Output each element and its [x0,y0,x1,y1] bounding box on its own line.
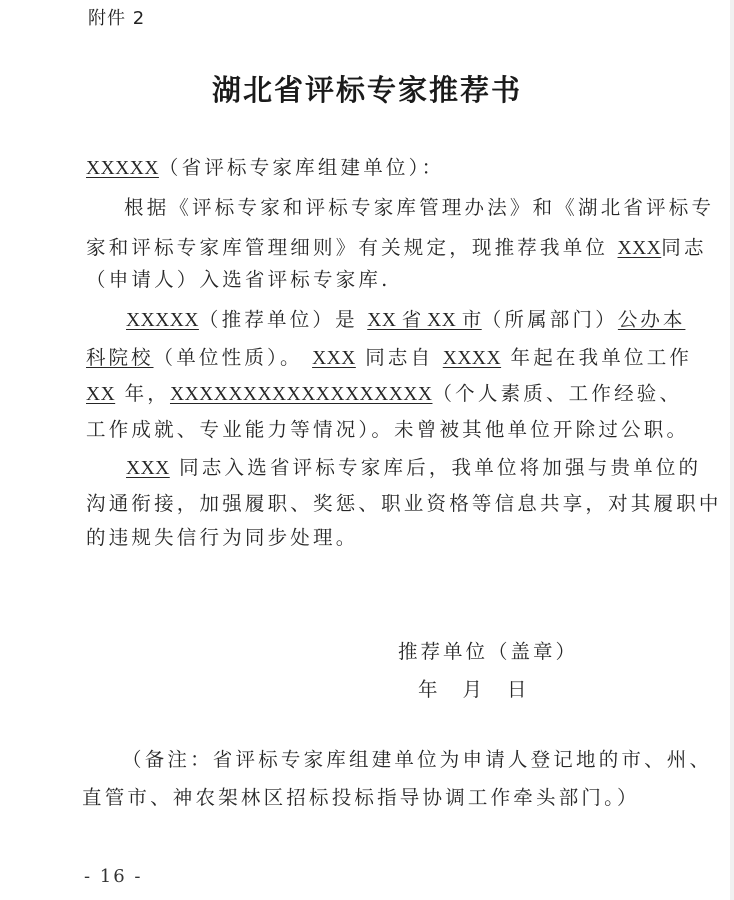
paragraph2-line2: 科院校（单位性质）。 XXX 同志自 XXXX 年起在我单位工作 [86,342,692,370]
paragraph1-line1: 根据《评标专家和评标专家库管理办法》和《湖北省评标专 [124,192,714,220]
paragraph2-line3: XX 年，XXXXXXXXXXXXXXXXXX（个人素质、工作经验、 [86,378,682,406]
details-placeholder: XXXXXXXXXXXXXXXXXX [170,384,432,405]
recipient-note: （省评标专家库组建单位）： [159,156,444,179]
document-title: 湖北省评标专家推荐书 [0,68,734,109]
text: 同志 [661,236,706,259]
signature-date: 年月日 [418,674,530,702]
recommending-unit-placeholder: XXXXX [126,310,199,331]
text: （单位性质）。 [154,346,303,369]
applicant-name-placeholder: XXX [312,348,356,369]
paragraph1-line3: （申请人）入选省评标专家库. [86,264,391,292]
recipient-placeholder: XXXXX [86,158,159,179]
page-number: - 16 - [84,866,143,887]
years-placeholder: XX [86,384,115,405]
year-label: 年 [418,678,441,701]
attachment-label: 附件 2 [88,4,145,30]
unit-nature-b: 科院校 [86,346,154,369]
unit-nature-a: 公办本 [618,308,686,331]
text: 同志入选省评标专家库后，我单位将加强与贵单位的 [179,456,701,479]
note-line1: （备注：省评标专家库组建单位为申请人登记地的市、州、 [122,744,712,772]
text: 家和评标专家库管理细则》有关规定，现推荐我单位 [86,236,608,259]
paragraph3-line1: XXX 同志入选省评标专家库后，我单位将加强与贵单位的 [126,452,701,480]
location-placeholder: XX 省 XX 市 [367,310,481,331]
applicant-name-placeholder: XXX [618,238,662,259]
applicant-name-placeholder: XXX [126,458,170,479]
paragraph2-line1: XXXXX（推荐单位）是 XX 省 XX 市（所属部门）公办本 [126,304,685,332]
note-line2: 直管市、神农架林区招标投标指导协调工作牵头部门。） [82,782,640,810]
salutation: XXXXX（省评标专家库组建单位）： [86,152,444,180]
start-year-placeholder: XXXX [443,348,501,369]
text: 同志自 [365,346,433,369]
text: （推荐单位）是 [199,308,358,331]
paragraph2-line4: 工作成就、专业能力等情况）。未曾被其他单位开除过公职。 [86,414,689,442]
paragraph1-line2: 家和评标专家库管理细则》有关规定，现推荐我单位 XXX同志 [86,232,707,260]
text: （个人素质、工作经验、 [432,382,682,405]
text: 年起在我单位工作 [511,346,693,369]
page-edge [730,0,734,900]
text: （所属部门） [482,308,618,331]
paragraph3-line3: 的违规失信行为同步处理。 [86,522,358,550]
day-label: 日 [507,678,530,701]
paragraph3-line2: 沟通衔接，加强履职、奖惩、职业资格等信息共享，对其履职中 [86,488,722,516]
text: 年， [125,382,170,405]
signature-unit-label: 推荐单位（盖章） [398,636,578,664]
month-label: 月 [463,678,486,701]
